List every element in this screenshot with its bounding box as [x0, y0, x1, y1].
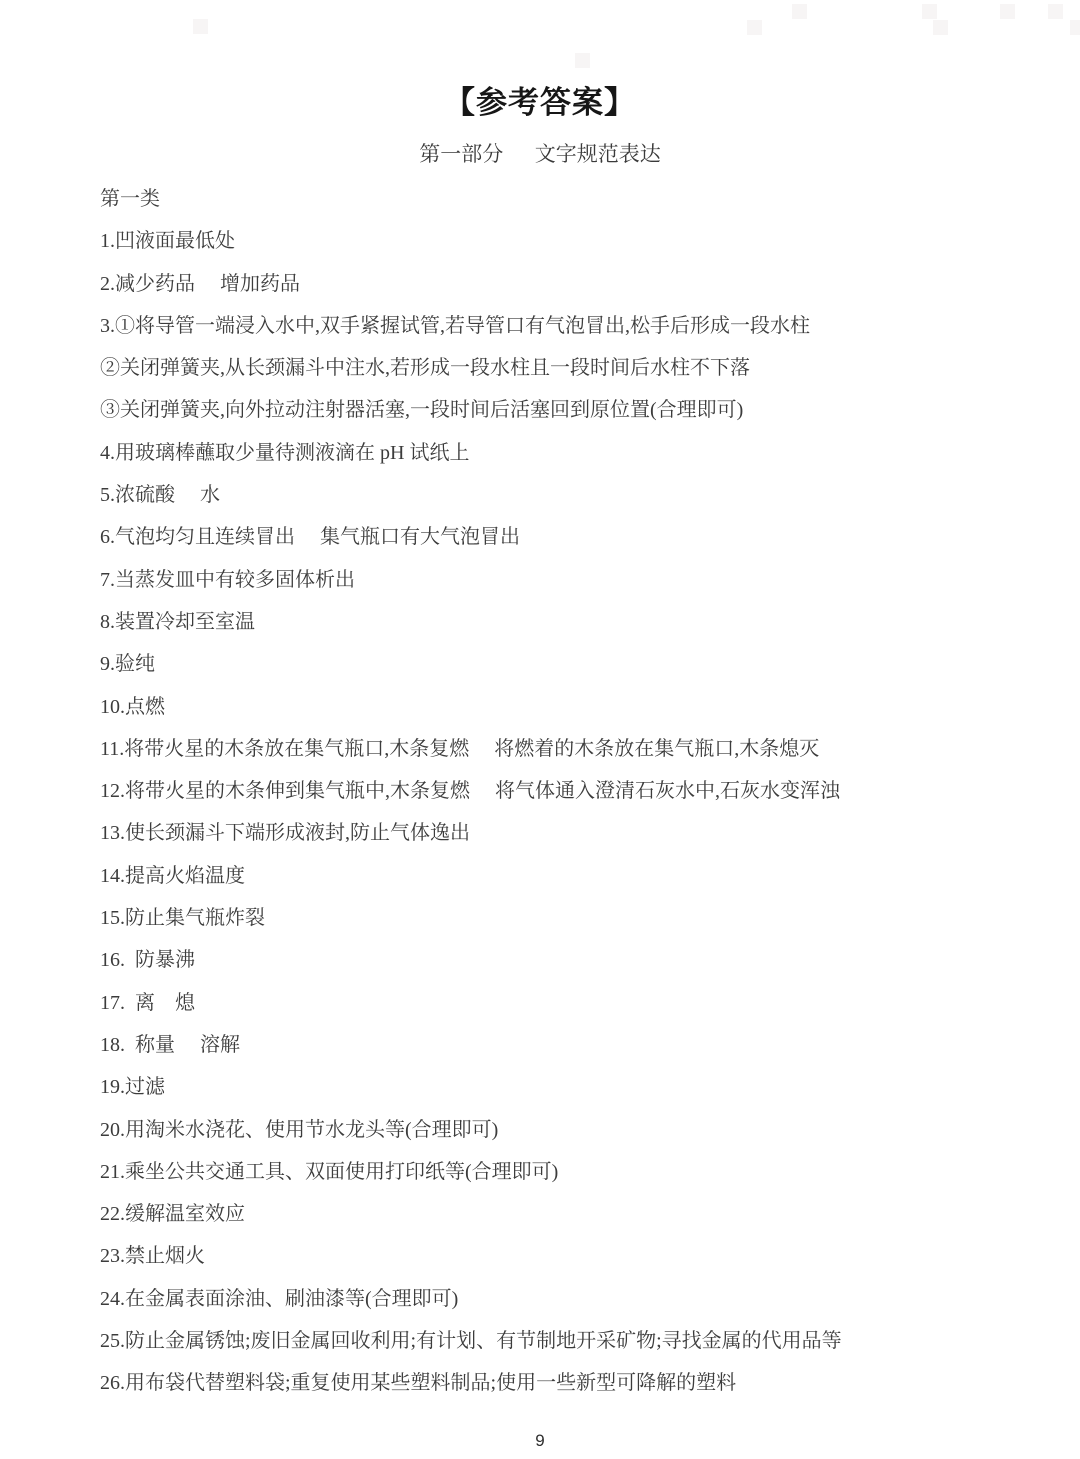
scan-artifact	[1048, 4, 1063, 19]
answers-content: 第一类 1.凹液面最低处2.减少药品 增加药品3.①将导管一端浸入水中,双手紧握…	[100, 178, 1022, 1405]
answer-line: 6.气泡均匀且连续冒出 集气瓶口有大气泡冒出	[100, 516, 1022, 558]
scan-artifact	[933, 20, 948, 35]
answer-line: 24.在金属表面涂油、刷油漆等(合理即可)	[100, 1278, 1022, 1320]
scan-artifact	[922, 4, 937, 19]
scan-artifact	[575, 53, 590, 68]
answer-line: 3.①将导管一端浸入水中,双手紧握试管,若导管口有气泡冒出,松手后形成一段水柱	[100, 305, 1022, 347]
answer-line: 25.防止金属锈蚀;废旧金属回收利用;有计划、有节制地开采矿物;寻找金属的代用品…	[100, 1320, 1022, 1362]
answer-line: 26.用布袋代替塑料袋;重复使用某些塑料制品;使用一些新型可降解的塑料	[100, 1362, 1022, 1404]
document-title: 【参考答案】	[0, 0, 1080, 122]
answer-line: 2.减少药品 增加药品	[100, 263, 1022, 305]
answer-line: 1.凹液面最低处	[100, 220, 1022, 262]
answer-line: 9.验纯	[100, 643, 1022, 685]
scan-artifact	[1000, 4, 1015, 19]
answer-line: 23.禁止烟火	[100, 1235, 1022, 1277]
answer-sheet-page: 【参考答案】 第一部分 文字规范表达 第一类 1.凹液面最低处2.减少药品 增加…	[0, 0, 1080, 1459]
answer-line: 14.提高火焰温度	[100, 855, 1022, 897]
answer-line: 21.乘坐公共交通工具、双面使用打印纸等(合理即可)	[100, 1151, 1022, 1193]
page-number: 9	[0, 1431, 1080, 1451]
answer-line: 11.将带火星的木条放在集气瓶口,木条复燃 将燃着的木条放在集气瓶口,木条熄灭	[100, 728, 1022, 770]
answer-line: 7.当蒸发皿中有较多固体析出	[100, 559, 1022, 601]
section-heading: 第一部分 文字规范表达	[0, 139, 1080, 169]
answer-line: 15.防止集气瓶炸裂	[100, 897, 1022, 939]
scan-artifact	[747, 20, 762, 35]
answer-line: ②关闭弹簧夹,从长颈漏斗中注水,若形成一段水柱且一段时间后水柱不下落	[100, 347, 1022, 389]
answer-line: 12.将带火星的木条伸到集气瓶中,木条复燃 将气体通入澄清石灰水中,石灰水变浑浊	[100, 770, 1022, 812]
answer-line: 20.用淘米水浇花、使用节水龙头等(合理即可)	[100, 1109, 1022, 1151]
answer-list: 1.凹液面最低处2.减少药品 增加药品3.①将导管一端浸入水中,双手紧握试管,若…	[100, 220, 1022, 1404]
answer-line: 16. 防暴沸	[100, 939, 1022, 981]
answer-line: 8.装置冷却至室温	[100, 601, 1022, 643]
scan-artifact	[1070, 20, 1080, 35]
answer-line: 5.浓硫酸 水	[100, 474, 1022, 516]
answer-line: 4.用玻璃棒蘸取少量待测液滴在 pH 试纸上	[100, 432, 1022, 474]
answer-line: 19.过滤	[100, 1066, 1022, 1108]
scan-artifact	[792, 4, 807, 19]
category-label: 第一类	[100, 178, 1022, 220]
answer-line: 10.点燃	[100, 686, 1022, 728]
answer-line: ③关闭弹簧夹,向外拉动注射器活塞,一段时间后活塞回到原位置(合理即可)	[100, 389, 1022, 431]
answer-line: 17. 离 熄	[100, 982, 1022, 1024]
answer-line: 18. 称量 溶解	[100, 1024, 1022, 1066]
scan-artifact	[193, 19, 208, 34]
answer-line: 22.缓解温室效应	[100, 1193, 1022, 1235]
answer-line: 13.使长颈漏斗下端形成液封,防止气体逸出	[100, 812, 1022, 854]
